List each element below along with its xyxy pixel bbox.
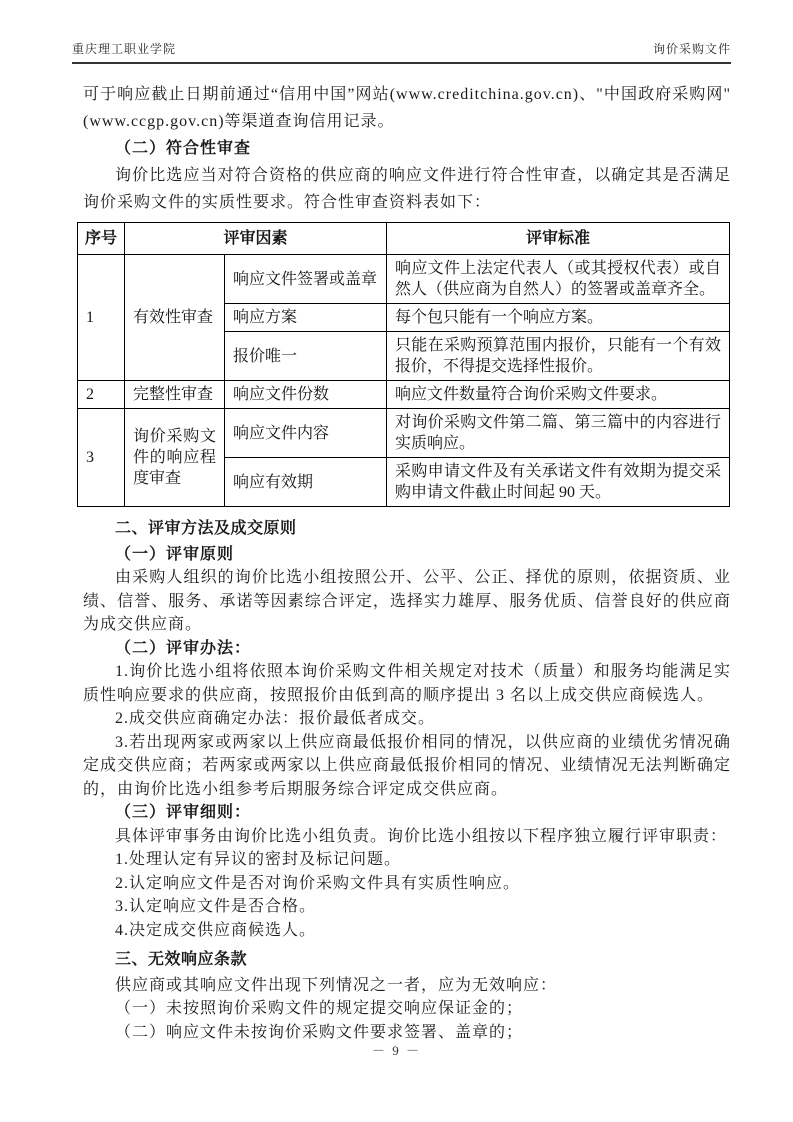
cell-factor: 响应文件签署或盖章	[225, 255, 387, 304]
cell-factor: 响应文件内容	[225, 409, 387, 458]
paragraph: （一）未按照询价采购文件的规定提交响应保证金的；	[83, 997, 731, 1021]
cell-category: 完整性审查	[125, 381, 225, 409]
doc-body: 可于响应截止日期前通过“信用中国”网站(www.creditchina.gov.…	[72, 81, 731, 1044]
cell-factor: 响应方案	[225, 304, 387, 332]
cell-standard: 采购申请文件及有关承诺文件有效期为提交采购申请文件截止时间起 90 天。	[387, 458, 730, 507]
cell-factor: 报价唯一	[225, 332, 387, 381]
section-heading: 二、评审方法及成交原则	[83, 517, 731, 541]
cell-standard: 只能在采购预算范围内报价，只能有一个有效报价，不得提交选择性报价。	[387, 332, 730, 381]
page-footer: － 9 －	[0, 1040, 793, 1059]
cell-category: 有效性审查	[125, 255, 225, 381]
header-left-text: 重庆理工职业学院	[72, 40, 176, 57]
paragraph: 供应商或其响应文件出现下列情况之一者，应为无效响应：	[83, 974, 731, 998]
subsection-heading: （一）评审原则	[83, 543, 731, 567]
cell-seq-no: 2	[78, 381, 125, 409]
paragraph: 询价比选应当对符合资格的供应商的响应文件进行符合性审查，以确定其是否满足询价采购…	[83, 162, 731, 216]
paragraph: 具体评审事务由询价比选小组负责。询价比选小组按以下程序独立履行评审职责：	[83, 825, 731, 849]
header-right-text: 询价采购文件	[653, 40, 731, 57]
subsection-heading: （二）符合性审查	[83, 135, 731, 162]
cell-standard: 响应文件上法定代表人（或其授权代表）或自然人（供应商为自然人）的签署或盖章齐全。	[387, 255, 730, 304]
page-content: 重庆理工职业学院 询价采购文件 可于响应截止日期前通过“信用中国”网站(www.…	[0, 0, 793, 1044]
paragraph: 可于响应截止日期前通过“信用中国”网站(www.creditchina.gov.…	[83, 81, 731, 135]
paragraph: 3.若出现两家或两家以上供应商最低报价相同的情况，以供应商的业绩优劣情况确定成交…	[83, 731, 731, 802]
doc-header: 重庆理工职业学院 询价采购文件	[72, 40, 731, 64]
rules-section: 二、评审方法及成交原则（一）评审原则由采购人组织的询价比选小组按照公开、公平、公…	[72, 517, 731, 1044]
intro-section: 可于响应截止日期前通过“信用中国”网站(www.creditchina.gov.…	[72, 81, 731, 216]
paragraph: 2.认定响应文件是否对询价采购文件具有实质性响应。	[83, 872, 731, 896]
page-number: － 9 －	[372, 1043, 421, 1058]
table-row: 2完整性审查响应文件份数响应文件数量符合询价采购文件要求。	[78, 381, 730, 409]
cell-category: 询价采购文件的响应程度审查	[125, 409, 225, 507]
table-row: 1有效性审查响应文件签署或盖章响应文件上法定代表人（或其授权代表）或自然人（供应…	[78, 255, 730, 304]
paragraph: 2.成交供应商确定办法：报价最低者成交。	[83, 707, 731, 731]
table-header-row: 序号 评审因素 评审标准	[78, 223, 730, 255]
subsection-heading: （三）评审细则：	[83, 801, 731, 825]
col-header-factor: 评审因素	[125, 223, 387, 255]
review-table-body: 1有效性审查响应文件签署或盖章响应文件上法定代表人（或其授权代表）或自然人（供应…	[78, 255, 730, 507]
table-row: 3询价采购文件的响应程度审查响应文件内容对询价采购文件第二篇、第三篇中的内容进行…	[78, 409, 730, 458]
review-table: 序号 评审因素 评审标准 1有效性审查响应文件签署或盖章响应文件上法定代表人（或…	[77, 222, 730, 507]
paragraph: 由采购人组织的询价比选小组按照公开、公平、公正、择优的原则，依据资质、业绩、信誉…	[83, 566, 731, 637]
section-heading: 三、无效响应条款	[83, 948, 731, 972]
paragraph: 3.认定响应文件是否合格。	[83, 895, 731, 919]
paragraph: 4.决定成交供应商候选人。	[83, 919, 731, 943]
col-header-seq-no: 序号	[78, 223, 125, 255]
cell-seq-no: 3	[78, 409, 125, 507]
document-page: 重庆理工职业学院 询价采购文件 可于响应截止日期前通过“信用中国”网站(www.…	[0, 0, 793, 1122]
cell-seq-no: 1	[78, 255, 125, 381]
cell-factor: 响应文件份数	[225, 381, 387, 409]
col-header-standard: 评审标准	[387, 223, 730, 255]
cell-standard: 每个包只能有一个响应方案。	[387, 304, 730, 332]
paragraph: 1.处理认定有异议的密封及标记问题。	[83, 848, 731, 872]
cell-factor: 响应有效期	[225, 458, 387, 507]
paragraph: 1.询价比选小组将依照本询价采购文件相关规定对技术（质量）和服务均能满足实质性响…	[83, 660, 731, 707]
subsection-heading: （二）评审办法：	[83, 637, 731, 661]
cell-standard: 响应文件数量符合询价采购文件要求。	[387, 381, 730, 409]
cell-standard: 对询价采购文件第二篇、第三篇中的内容进行实质响应。	[387, 409, 730, 458]
